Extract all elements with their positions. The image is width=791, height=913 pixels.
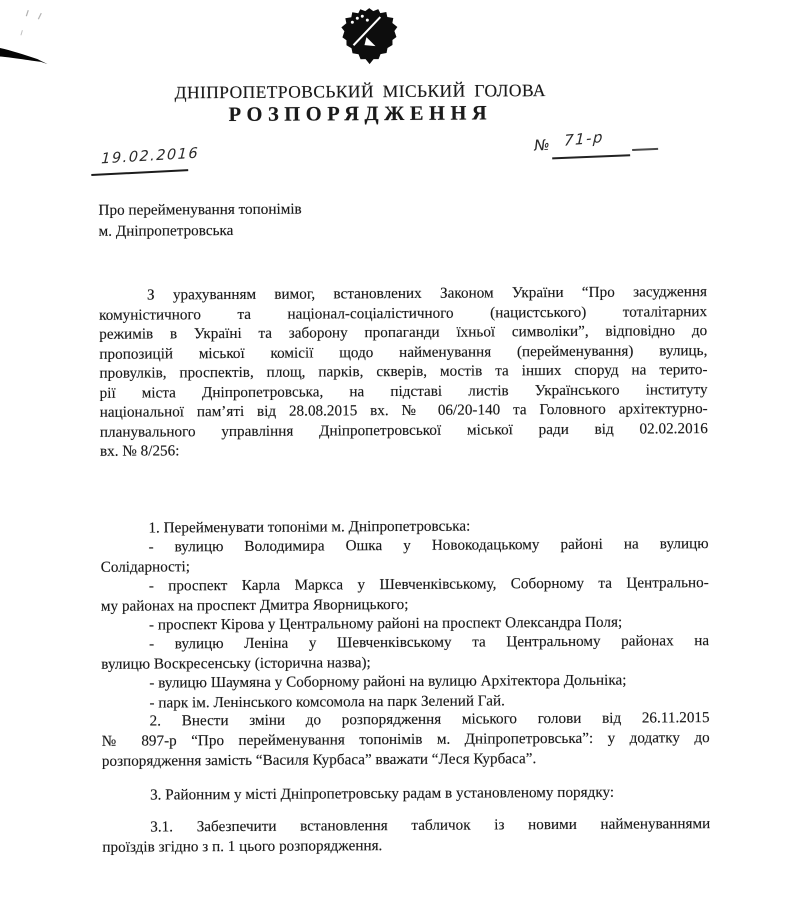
number-underline-dash xyxy=(632,148,658,151)
text-line: - проспект Карла Маркса у Шевченківськом… xyxy=(101,573,709,596)
number-underline xyxy=(552,154,630,159)
number-label: № xyxy=(533,135,551,154)
document-content: ДНІПРОПЕТРОВСЬКИЙ МІСЬКИЙ ГОЛОВА РОЗПОРЯ… xyxy=(0,0,791,913)
issuer-name: ДНІПРОПЕТРОВСЬКИЙ МІСЬКИЙ ГОЛОВА xyxy=(68,79,653,104)
paragraph-item-3: 3. Районним у місті Дніпропетровську рад… xyxy=(102,782,710,806)
text-line: - вулицю Володимира Ошка у Новокодацьком… xyxy=(100,534,708,557)
pencil-marks-icon xyxy=(15,4,55,38)
text-line: 3.1. Забезпечити встановлення табличок і… xyxy=(102,814,710,838)
scanned-document-page: ДНІПРОПЕТРОВСЬКИЙ МІСЬКИЙ ГОЛОВА РОЗПОРЯ… xyxy=(0,0,791,913)
coat-of-arms xyxy=(336,7,402,65)
handwritten-date: 19.02.2016 xyxy=(101,146,200,168)
text-line: № 897-р “Про перейменування топонімів м.… xyxy=(102,728,710,752)
text-line: розпорядження замість “Василя Курбаса” в… xyxy=(102,748,710,772)
subject-line: Про перейменування топонімів xyxy=(98,198,518,221)
coat-of-arms-icon xyxy=(336,7,402,65)
paragraph-item-3-1: 3.1. Забезпечити встановлення табличок і… xyxy=(102,814,710,858)
document-type-title: РОЗПОРЯДЖЕННЯ xyxy=(68,101,653,128)
paragraph-item-2: 2. Внести зміни до розпорядження міськог… xyxy=(102,708,710,771)
text-line: - вулицю Шаумяна у Соборному районі на в… xyxy=(101,670,709,693)
ink-stroke-icon xyxy=(0,46,62,68)
subject-block: Про перейменування топонімів м. Дніпропе… xyxy=(98,198,518,242)
text-line: - вулицю Леніна у Шевченківському та Цен… xyxy=(101,632,709,655)
text-line: вх. № 8/256: xyxy=(100,438,708,461)
handwritten-number: 71-р xyxy=(564,128,605,150)
subject-line: м. Дніпропетровська xyxy=(99,219,519,242)
text-line: проїздів згідно з п. 1 цього розпоряджен… xyxy=(102,834,710,858)
date-underline xyxy=(91,169,188,176)
paragraph-preamble: З урахуванням вимог, встановлених Законо… xyxy=(99,282,708,462)
text-line: 3. Районним у місті Дніпропетровську рад… xyxy=(102,782,710,806)
paragraph-item-1: 1. Перейменувати топоніми м. Дніпропетро… xyxy=(100,515,709,713)
